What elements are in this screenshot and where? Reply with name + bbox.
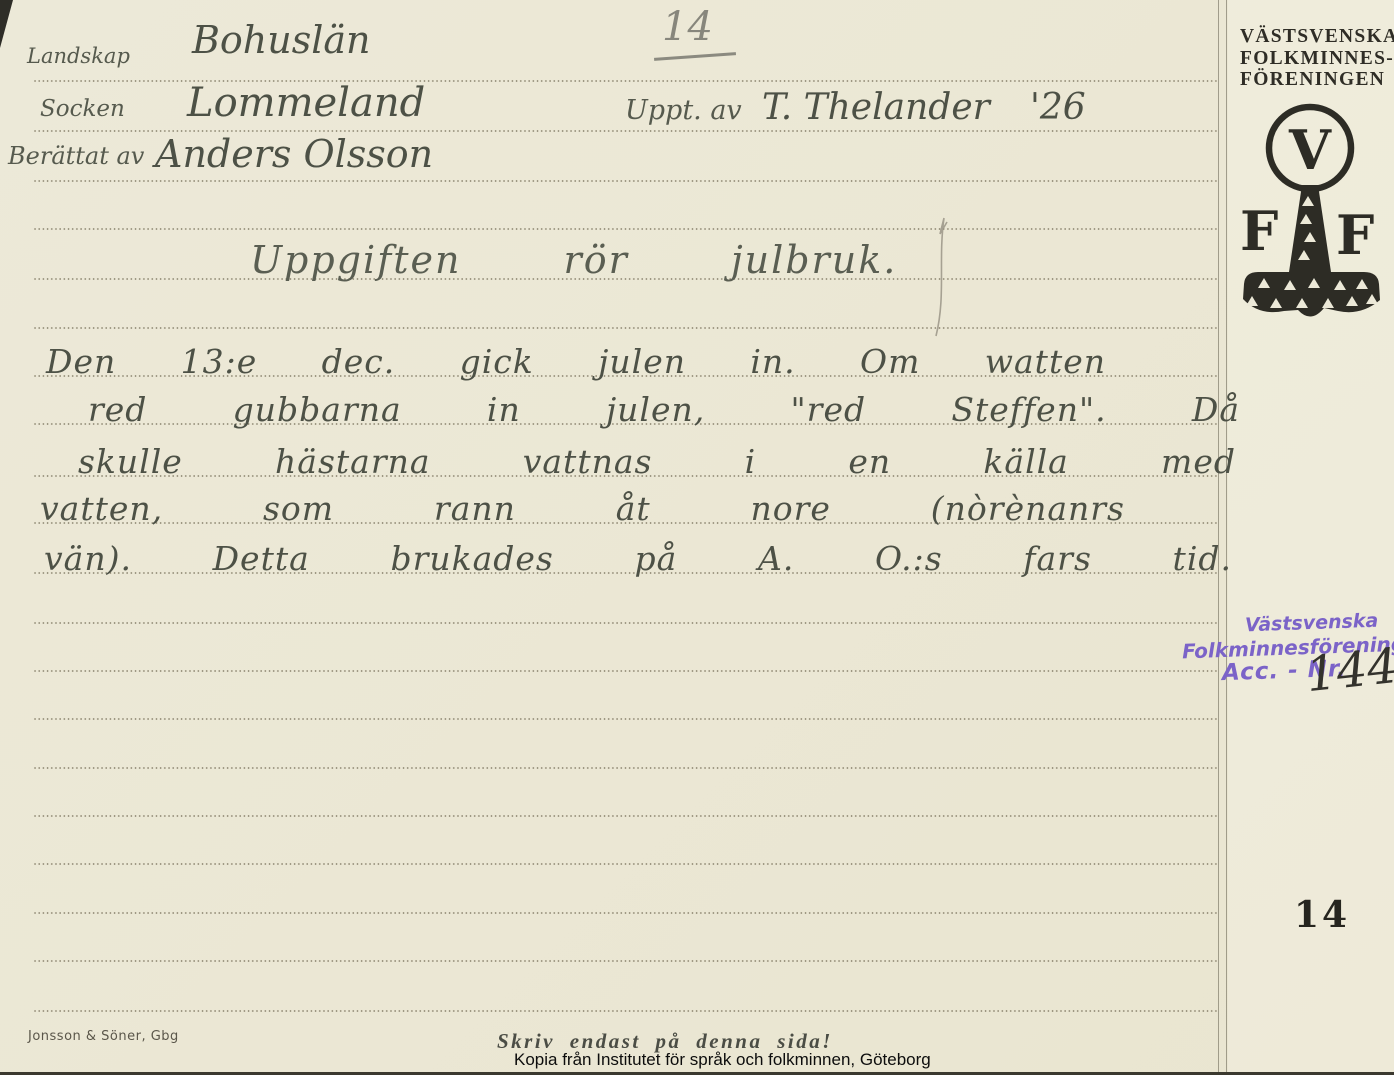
page-number-stamp: 14 — [1294, 894, 1350, 936]
margin-vertical-rule — [1226, 0, 1227, 1075]
ruled-line — [34, 863, 1218, 865]
socken-label: Socken — [40, 96, 125, 122]
berattat-label: Berättat av — [8, 142, 144, 170]
landskap-value: Bohuslän — [192, 18, 371, 62]
logo-letter-v: V — [1288, 118, 1332, 182]
body-text-line: red gubbarna in julen, "red Steffen". Då — [88, 390, 1240, 430]
landskap-label: Landskap — [27, 44, 130, 68]
ruled-line — [34, 815, 1218, 817]
scan-corner-artifact — [0, 0, 13, 48]
document-title: Uppgiften rör julbruk. — [250, 238, 897, 282]
body-text-line: skulle hästarna vattnas i en källa med — [78, 442, 1236, 482]
recorded-by-value: T. Thelander — [762, 87, 990, 128]
pencil-underline — [654, 52, 736, 60]
body-text-line: vän). Detta brukades på A. O.:s fars tid… — [44, 539, 1232, 579]
recorded-by-label: Uppt. av — [625, 95, 742, 126]
org-name-line: VÄSTSVENSKA — [1240, 26, 1392, 48]
pencil-stroke-mark — [928, 212, 954, 338]
page-number-pencil: 14 — [662, 4, 713, 50]
org-name-line: FOLKMINNES- — [1240, 48, 1392, 70]
logo-letter-f-left: F — [1240, 199, 1278, 263]
organization-name: VÄSTSVENSKA FOLKMINNES- FÖRENINGEN — [1240, 26, 1392, 91]
body-text-line: vatten, som rann åt nore (nòrènanrs — [40, 489, 1125, 529]
printer-imprint: Jonsson & Söner, Gbg — [28, 1029, 179, 1044]
ruled-line — [34, 670, 1218, 672]
archive-copy-note: Kopia från Institutet för språk och folk… — [514, 1050, 931, 1070]
accession-number-value: 1447 — [1303, 635, 1394, 703]
body-text-line: Den 13:e dec. gick julen in. Om watten — [46, 342, 1106, 382]
ruled-line — [34, 228, 1218, 230]
ruled-line — [34, 1010, 1218, 1012]
ruled-line — [34, 960, 1218, 962]
ruled-line — [34, 180, 1218, 182]
ruled-line — [34, 767, 1218, 769]
logo-letter-f-right: F — [1336, 203, 1374, 267]
ruled-line — [34, 622, 1218, 624]
recorded-year: '26 — [1030, 87, 1086, 128]
berattat-value: Anders Olsson — [155, 132, 433, 176]
socken-value: Lommeland — [187, 80, 425, 126]
ruled-line — [34, 327, 1218, 329]
thors-hammer-logo-icon: V F F — [1238, 100, 1386, 332]
ruled-line — [34, 718, 1218, 720]
margin-vertical-rule — [1218, 0, 1219, 1075]
ruled-line — [34, 912, 1218, 914]
org-name-line: FÖRENINGEN — [1240, 69, 1392, 91]
record-card-scan: Landskap Bohuslän Socken Lommeland Berät… — [0, 0, 1394, 1075]
